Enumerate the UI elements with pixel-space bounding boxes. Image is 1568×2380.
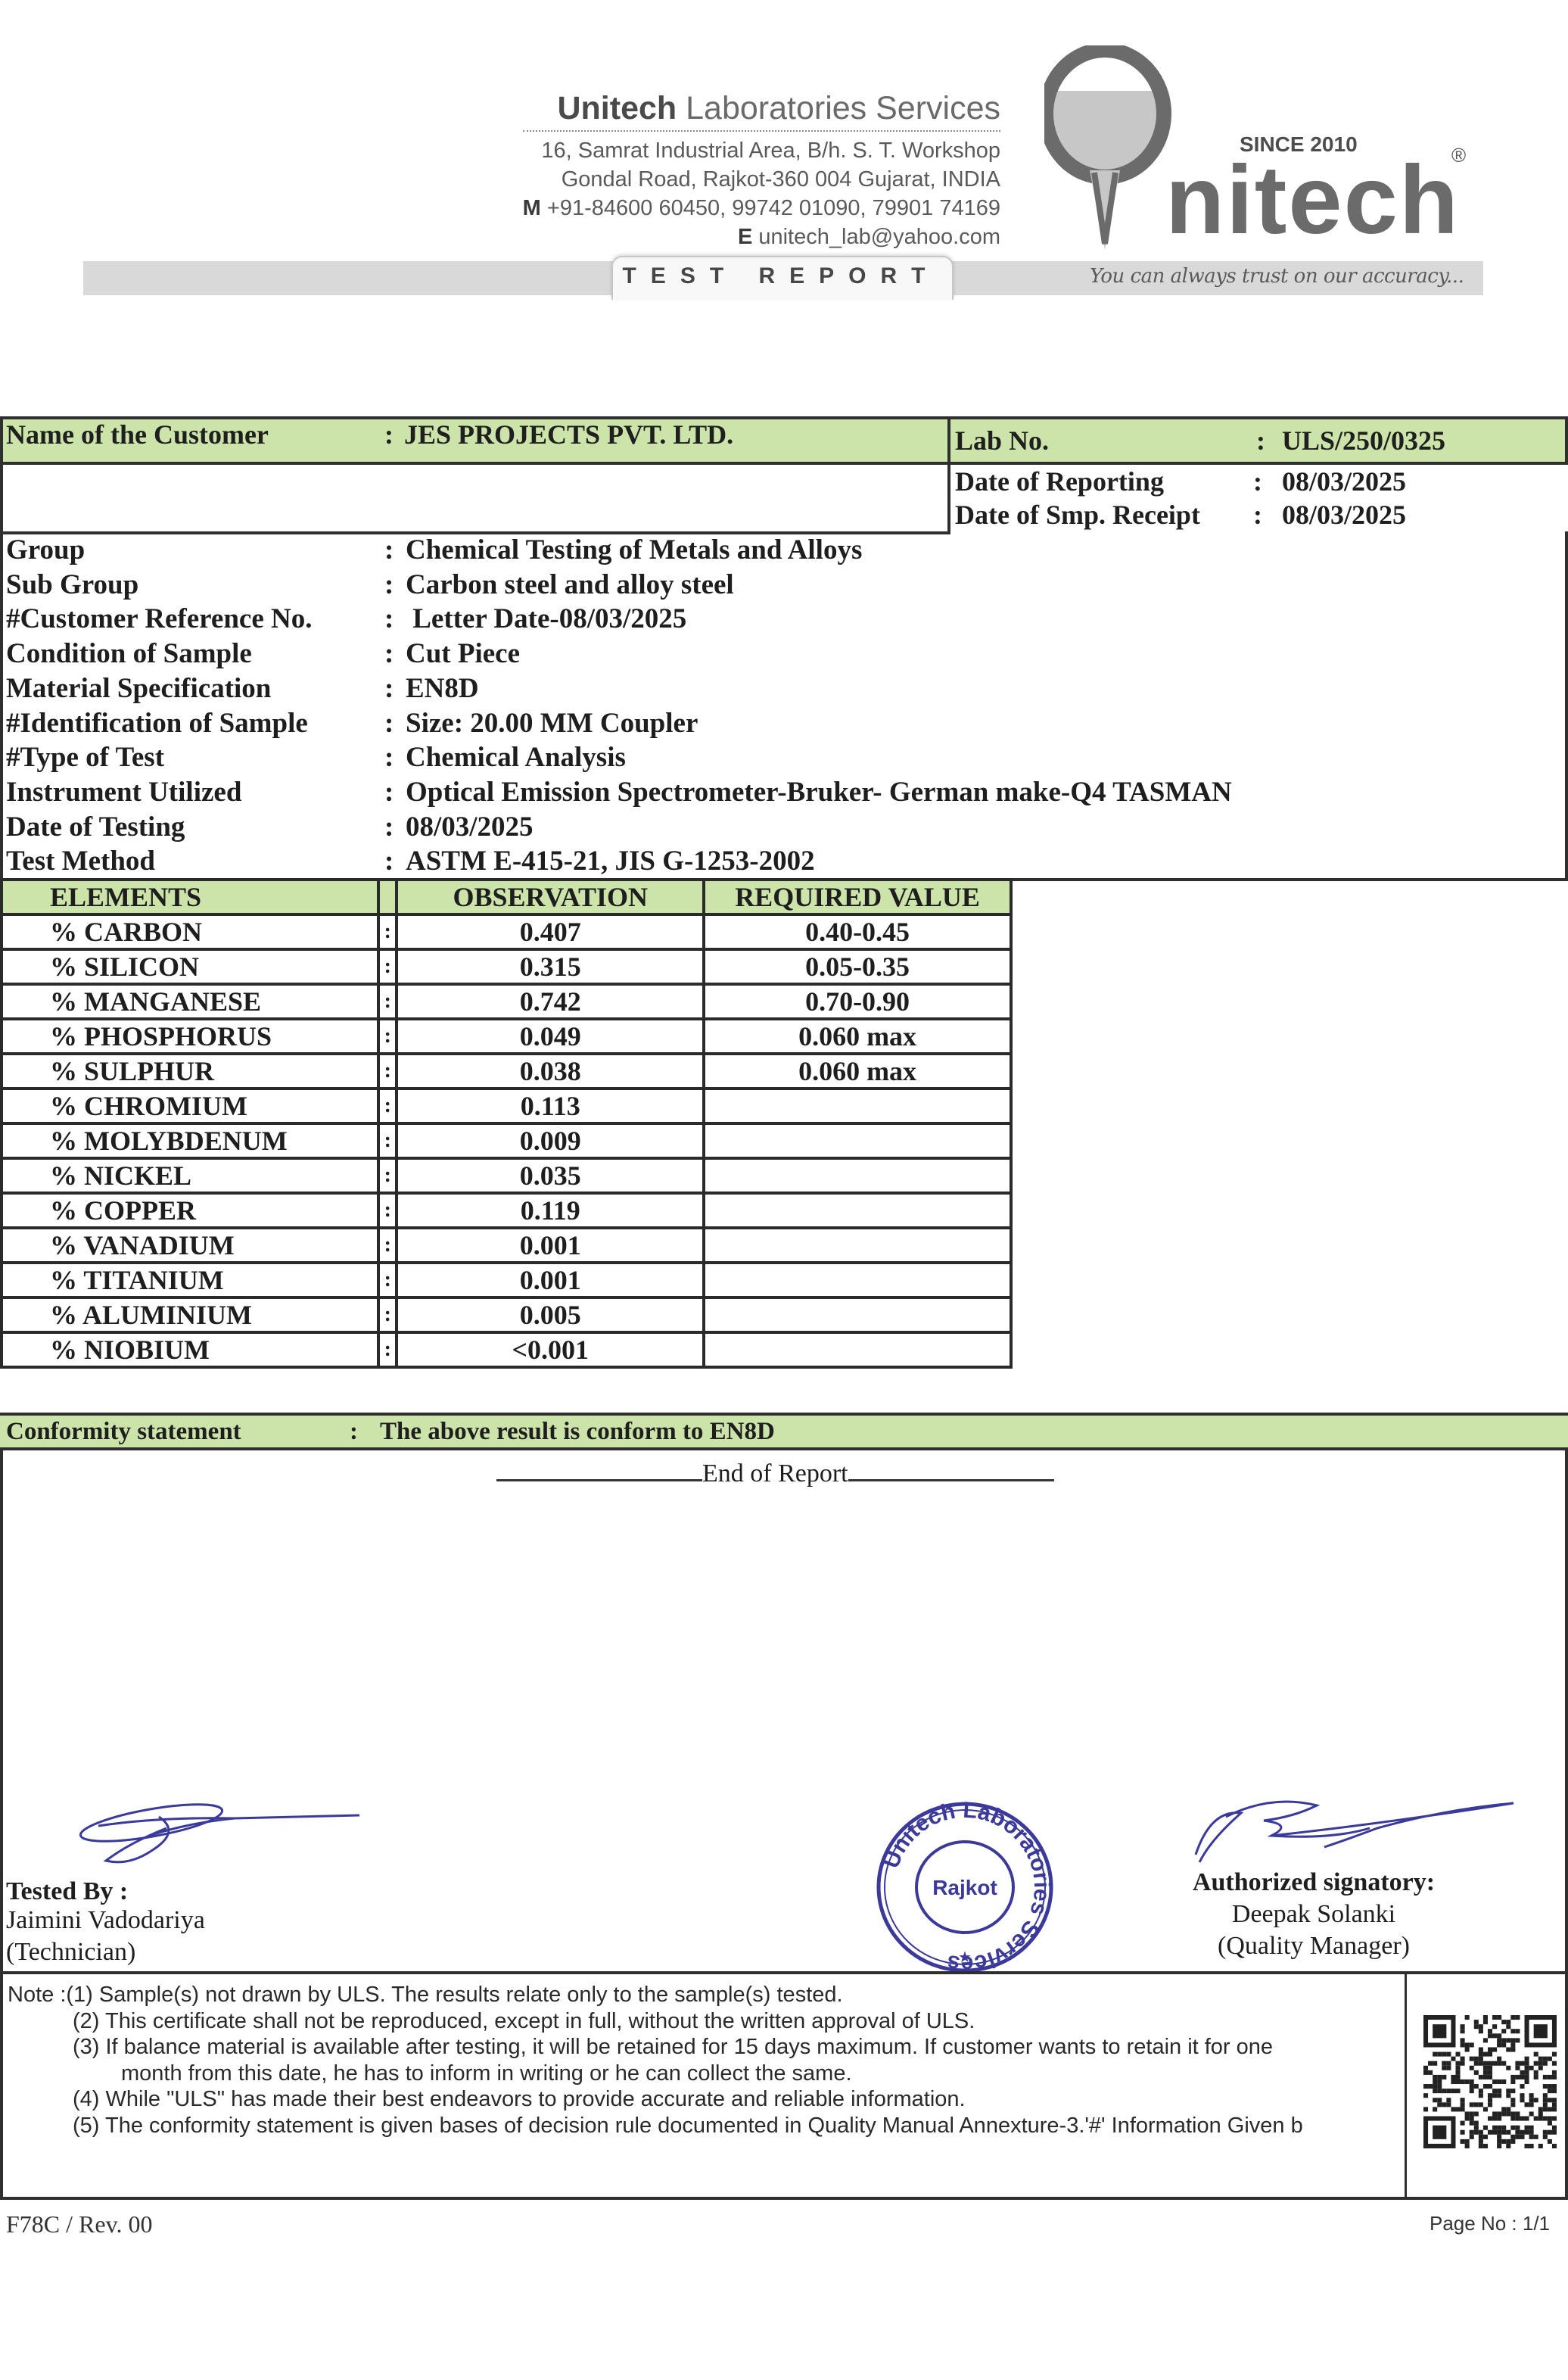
stamp-center-text: Rajkot: [932, 1876, 997, 1899]
lab-no-label: Lab No.: [955, 424, 1049, 457]
detail-value: Carbon steel and alloy steel: [406, 568, 734, 602]
date-cell-divider: [947, 462, 950, 534]
tested-by-role: (Technician): [6, 1938, 135, 1967]
company-name-bold: Unitech: [557, 90, 677, 126]
detail-value: ASTM E-415-21, JIS G-1253-2002: [406, 844, 815, 878]
element-observation: 0.035: [397, 1158, 704, 1193]
element-row: % NIOBIUM:<0.001: [2, 1332, 1011, 1367]
detail-label: #Type of Test: [6, 740, 164, 774]
element-observation: 0.001: [397, 1263, 704, 1297]
element-required-value: [704, 1158, 1011, 1193]
email-address[interactable]: unitech_lab@yahoo.com: [758, 225, 1000, 249]
conformity-value: The above result is conform to EN8D: [380, 1416, 775, 1447]
detail-label: Material Specification: [6, 671, 271, 706]
date-receipt-sep: :: [1253, 498, 1262, 531]
element-row: % ALUMINIUM:0.005: [2, 1297, 1011, 1332]
detail-row-test-method: Test Method : ASTM E-415-21, JIS G-1253-…: [6, 844, 1293, 879]
element-sep: :: [378, 1123, 397, 1158]
header-elements: ELEMENTS: [2, 880, 378, 914]
date-reporting-sep: :: [1253, 465, 1262, 498]
element-required-value: 0.060 max: [704, 1019, 1011, 1054]
end-of-report-text: End of Report: [702, 1459, 848, 1487]
customer-label: Name of the Customer: [6, 418, 269, 451]
element-observation: 0.315: [397, 949, 704, 984]
element-name: % VANADIUM: [2, 1228, 378, 1263]
element-row: % MANGANESE:0.7420.70-0.90: [2, 984, 1011, 1019]
detail-label: #Identification of Sample: [6, 706, 308, 740]
note-item-3: (3) If balance material is available aft…: [8, 2034, 1400, 2061]
element-sep: :: [378, 1019, 397, 1054]
element-observation: 0.119: [397, 1193, 704, 1228]
detail-row-type-of-test: #Type of Test : Chemical Analysis: [6, 740, 1293, 775]
elements-table-header: ELEMENTS OBSERVATION REQUIRED VALUE: [2, 880, 1011, 914]
element-required-value: 0.060 max: [704, 1054, 1011, 1089]
detail-sep: :: [384, 844, 394, 878]
detail-label: Test Method: [6, 844, 155, 878]
detail-sep: :: [384, 533, 394, 567]
detail-value: 08/03/2025: [406, 810, 534, 844]
element-name: % MANGANESE: [2, 984, 378, 1019]
element-name: % CARBON: [2, 914, 378, 949]
element-row: % VANADIUM:0.001: [2, 1228, 1011, 1263]
qr-cell: [1405, 1974, 1567, 2197]
date-reporting-value: 08/03/2025: [1282, 465, 1406, 498]
detail-row-instrument: Instrument Utilized : Optical Emission S…: [6, 775, 1293, 810]
company-name-rest: Laboratories Services: [686, 90, 1000, 126]
date-reporting-label: Date of Reporting: [955, 465, 1164, 498]
element-row: % CHROMIUM:0.113: [2, 1089, 1011, 1123]
element-sep: :: [378, 949, 397, 984]
lab-no-sep: :: [1256, 424, 1265, 457]
email-label: E: [738, 225, 752, 249]
conformity-row: Conformity statement : The above result …: [0, 1413, 1568, 1450]
detail-label: #Customer Reference No.: [6, 602, 312, 636]
element-sep: :: [378, 1228, 397, 1263]
element-required-value: [704, 1089, 1011, 1123]
element-row: % COPPER:0.119: [2, 1193, 1011, 1228]
logo-wordmark: nitech: [1165, 151, 1460, 250]
element-observation: 0.407: [397, 914, 704, 949]
detail-row-group: Group : Chemical Testing of Metals and A…: [6, 533, 1293, 568]
detail-sep: :: [384, 775, 394, 809]
detail-label: Date of Testing: [6, 810, 185, 844]
detail-sep: :: [384, 637, 394, 671]
mobile-label: M: [523, 196, 541, 220]
element-sep: :: [378, 914, 397, 949]
stamp-star-icon: ★: [958, 1949, 972, 1966]
element-observation: 0.742: [397, 984, 704, 1019]
tested-by-label: Tested By :: [6, 1877, 128, 1906]
detail-label: Group: [6, 533, 85, 567]
detail-sep: :: [384, 740, 394, 774]
address-line-1: 16, Samrat Industrial Area, B/h. S. T. W…: [523, 136, 1000, 165]
detail-sep: :: [384, 568, 394, 602]
dotted-divider: [523, 130, 1000, 132]
notes-list: Note :(1) Sample(s) not drawn by ULS. Th…: [8, 1982, 1400, 2139]
detail-sep: :: [384, 671, 394, 706]
detail-row-condition: Condition of Sample : Cut Piece: [6, 637, 1293, 671]
mobile-numbers: +91-84600 60450, 99742 01090, 79901 7416…: [547, 196, 1000, 220]
detail-row-sub-group: Sub Group : Carbon steel and alloy steel: [6, 568, 1293, 603]
detail-row-customer-reference: #Customer Reference No. : Letter Date-08…: [6, 602, 1293, 637]
element-row: % CARBON:0.4070.40-0.45: [2, 914, 1011, 949]
element-observation: <0.001: [397, 1332, 704, 1367]
element-sep: :: [378, 1158, 397, 1193]
element-name: % NICKEL: [2, 1158, 378, 1193]
end-of-report-rule-left: [496, 1479, 702, 1481]
element-sep: :: [378, 1054, 397, 1089]
lab-no-value: ULS/250/0325: [1282, 424, 1445, 457]
report-title: TEST REPORT: [611, 263, 950, 289]
date-receipt-value: 08/03/2025: [1282, 498, 1406, 531]
authorized-signatory-role: (Quality Manager): [1178, 1932, 1450, 1961]
end-of-report-rule-right: [848, 1479, 1054, 1481]
element-name: % NIOBIUM: [2, 1332, 378, 1367]
authorized-signatory-label: Authorized signatory:: [1178, 1868, 1450, 1897]
element-row: % MOLYBDENUM:0.009: [2, 1123, 1011, 1158]
element-row: % SILICON:0.3150.05-0.35: [2, 949, 1011, 984]
element-name: % CHROMIUM: [2, 1089, 378, 1123]
element-sep: :: [378, 1193, 397, 1228]
element-required-value: 0.70-0.90: [704, 984, 1011, 1019]
header-observation: OBSERVATION: [397, 880, 704, 914]
tested-by-name: Jaimini Vadodariya: [6, 1906, 205, 1935]
note-prefix: Note :: [8, 1983, 66, 2007]
element-name: % ALUMINIUM: [2, 1297, 378, 1332]
element-observation: 0.038: [397, 1054, 704, 1089]
page-number: Page No : 1/1: [1430, 2212, 1550, 2235]
element-name: % TITANIUM: [2, 1263, 378, 1297]
form-number: F78C / Rev. 00: [6, 2210, 153, 2238]
customer-sep: :: [384, 418, 394, 451]
detail-sep: :: [384, 602, 394, 636]
element-name: % PHOSPHORUS: [2, 1019, 378, 1054]
detail-value: EN8D: [406, 671, 479, 706]
authorized-signatory-name: Deepak Solanki: [1178, 1900, 1450, 1929]
element-row: % SULPHUR:0.0380.060 max: [2, 1054, 1011, 1089]
email-line: E unitech_lab@yahoo.com: [523, 223, 1000, 251]
note-item-1: Note :(1) Sample(s) not drawn by ULS. Th…: [8, 1982, 1400, 2008]
element-required-value: [704, 1263, 1011, 1297]
element-name: % SULPHUR: [2, 1054, 378, 1089]
element-row: % TITANIUM:0.001: [2, 1263, 1011, 1297]
detail-row-material-spec: Material Specification : EN8D: [6, 671, 1293, 706]
element-name: % MOLYBDENUM: [2, 1123, 378, 1158]
element-sep: :: [378, 1297, 397, 1332]
qr-code-icon[interactable]: [1423, 2015, 1557, 2148]
detail-label: Sub Group: [6, 568, 138, 602]
lab-stamp-icon: Unitech Laboratories Services Rajkot ★: [874, 1800, 1056, 1974]
element-row: % PHOSPHORUS:0.0490.060 max: [2, 1019, 1011, 1054]
tagline: You can always trust on our accuracy...: [1090, 265, 1464, 288]
header-required-value: REQUIRED VALUE: [704, 880, 1011, 914]
element-required-value: [704, 1297, 1011, 1332]
detail-label: Condition of Sample: [6, 637, 252, 671]
element-required-value: [704, 1193, 1011, 1228]
element-name: % SILICON: [2, 949, 378, 984]
detail-value: Chemical Testing of Metals and Alloys: [406, 533, 862, 567]
note-text: (1) Sample(s) not drawn by ULS. The resu…: [66, 1983, 842, 2007]
customer-value: JES PROJECTS PVT. LTD.: [404, 418, 733, 451]
company-name: Unitech Laboratories Services: [523, 89, 1000, 127]
element-sep: :: [378, 984, 397, 1019]
end-of-report: End of Report: [496, 1459, 1054, 1488]
element-required-value: 0.40-0.45: [704, 914, 1011, 949]
element-required-value: [704, 1228, 1011, 1263]
header-sep: [378, 880, 397, 914]
technician-signature-icon: [53, 1794, 371, 1870]
element-sep: :: [378, 1263, 397, 1297]
conformity-sep: :: [350, 1416, 358, 1447]
detail-sep: :: [384, 706, 394, 740]
mobile-line: M +91-84600 60450, 99742 01090, 79901 74…: [523, 194, 1000, 223]
date-receipt-label: Date of Smp. Receipt: [955, 498, 1200, 531]
element-sep: :: [378, 1332, 397, 1367]
note-item-4: (4) While "ULS" has made their best ende…: [8, 2086, 1400, 2113]
detail-value: Letter Date-08/03/2025: [406, 602, 686, 636]
element-required-value: [704, 1123, 1011, 1158]
element-sep: :: [378, 1089, 397, 1123]
element-name: % COPPER: [2, 1193, 378, 1228]
element-observation: 0.009: [397, 1123, 704, 1158]
note-item-5: (5) The conformity statement is given ba…: [8, 2113, 1400, 2139]
detail-value: Chemical Analysis: [406, 740, 626, 774]
element-observation: 0.001: [397, 1228, 704, 1263]
element-observation: 0.049: [397, 1019, 704, 1054]
address-line-2: Gondal Road, Rajkot-360 004 Gujarat, IND…: [523, 165, 1000, 194]
conformity-label: Conformity statement: [6, 1416, 241, 1447]
detail-row-identification: #Identification of Sample : Size: 20.00 …: [6, 706, 1293, 741]
letterhead-address-block: Unitech Laboratories Services 16, Samrat…: [523, 89, 1000, 251]
element-required-value: [704, 1332, 1011, 1367]
elements-table: ELEMENTS OBSERVATION REQUIRED VALUE % CA…: [0, 878, 1013, 1369]
detail-value: Cut Piece: [406, 637, 520, 671]
element-observation: 0.005: [397, 1297, 704, 1332]
note-item-2: (2) This certificate shall not be reprod…: [8, 2008, 1400, 2035]
detail-value: Size: 20.00 MM Coupler: [406, 706, 698, 740]
detail-value: Optical Emission Spectrometer-Bruker- Ge…: [406, 775, 1232, 809]
detail-row-date-of-testing: Date of Testing : 08/03/2025: [6, 810, 1293, 845]
detail-sep: :: [384, 810, 394, 844]
note-item-3-continued: month from this date, he has to inform i…: [8, 2061, 1400, 2087]
detail-label: Instrument Utilized: [6, 775, 241, 809]
element-row: % NICKEL:0.035: [2, 1158, 1011, 1193]
authorized-signature-icon: [1181, 1794, 1521, 1870]
element-required-value: 0.05-0.35: [704, 949, 1011, 984]
element-observation: 0.113: [397, 1089, 704, 1123]
notes-box: Note :(1) Sample(s) not drawn by ULS. Th…: [0, 1971, 1568, 2200]
